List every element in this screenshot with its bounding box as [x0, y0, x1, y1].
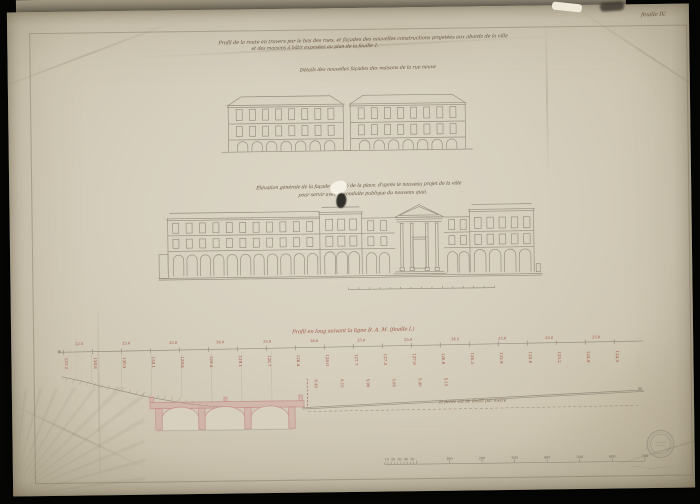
dark-smudge — [600, 1, 625, 12]
small-elevation-left — [226, 86, 347, 154]
scanned-archival-drawing: 131.2130.8130.5130.1129.8129.4129.1128.7… — [0, 0, 700, 504]
longitudinal-profile — [56, 336, 647, 439]
main-elevation — [157, 202, 543, 282]
bridge-section — [148, 393, 309, 435]
archive-stamp — [645, 430, 675, 460]
drawing-sheet: 131.2130.8130.5130.1129.8129.4129.1128.7… — [7, 4, 695, 497]
small-elevation-right — [348, 84, 469, 152]
sheet-number-note: feuille IV. — [641, 12, 667, 19]
sheet-content: 131.2130.8130.5130.1129.8129.4129.1128.7… — [7, 4, 695, 497]
